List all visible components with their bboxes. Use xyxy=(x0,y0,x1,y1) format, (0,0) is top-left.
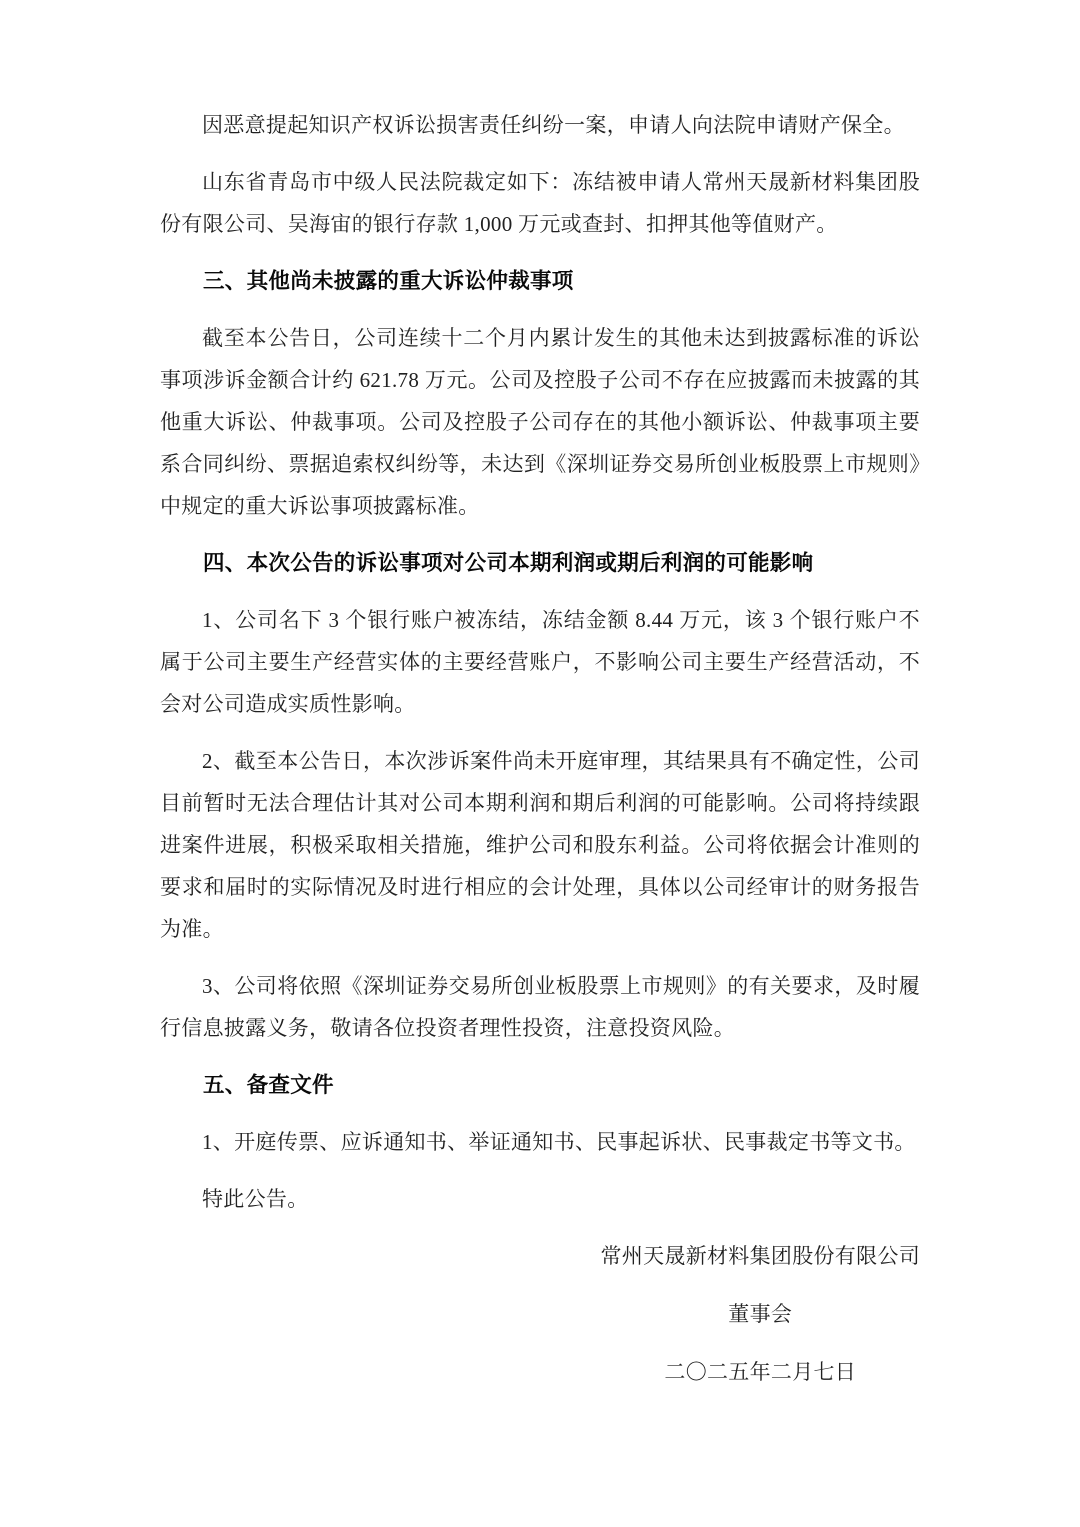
para-documents: 1、开庭传票、应诉通知书、举证通知书、民事起诉状、民事裁定书等文书。 xyxy=(160,1121,920,1163)
signature-block: 常州天晟新材料集团股份有限公司 董事会 二〇二五年二月七日 xyxy=(601,1235,921,1393)
para-impact-3: 3、公司将依照《深圳证券交易所创业板股票上市规则》的有关要求，及时履行信息披露义… xyxy=(160,965,920,1049)
signature-company: 常州天晟新材料集团股份有限公司 xyxy=(601,1235,921,1277)
heading-section-4: 四、本次公告的诉讼事项对公司本期利润或期后利润的可能影响 xyxy=(160,542,920,584)
para-closing: 特此公告。 xyxy=(160,1178,920,1220)
para-undisclosed-litigation: 截至本公告日，公司连续十二个月内累计发生的其他未达到披露标准的诉讼事项涉诉金额合… xyxy=(160,317,920,527)
para-impact-2: 2、截至本公告日，本次涉诉案件尚未开庭审理，其结果具有不确定性，公司目前暂时无法… xyxy=(160,740,920,950)
document-page: 因恶意提起知识产权诉讼损害责任纠纷一案，申请人向法院申请财产保全。山东省青岛市中… xyxy=(0,0,1080,1527)
para-impact-1: 1、公司名下 3 个银行账户被冻结，冻结金额 8.44 万元，该 3 个银行账户… xyxy=(160,599,920,725)
document-body: 因恶意提起知识产权诉讼损害责任纠纷一案，申请人向法院申请财产保全。山东省青岛市中… xyxy=(160,104,920,1220)
heading-section-3: 三、其他尚未披露的重大诉讼仲裁事项 xyxy=(160,260,920,302)
signature-board: 董事会 xyxy=(601,1293,921,1335)
para-court-ruling: 山东省青岛市中级人民法院裁定如下：冻结被申请人常州天晟新材料集团股份有限公司、吴… xyxy=(160,161,920,245)
signature-date: 二〇二五年二月七日 xyxy=(601,1351,921,1393)
para-property-preservation: 因恶意提起知识产权诉讼损害责任纠纷一案，申请人向法院申请财产保全。 xyxy=(160,104,920,146)
heading-section-5: 五、备查文件 xyxy=(160,1064,920,1106)
